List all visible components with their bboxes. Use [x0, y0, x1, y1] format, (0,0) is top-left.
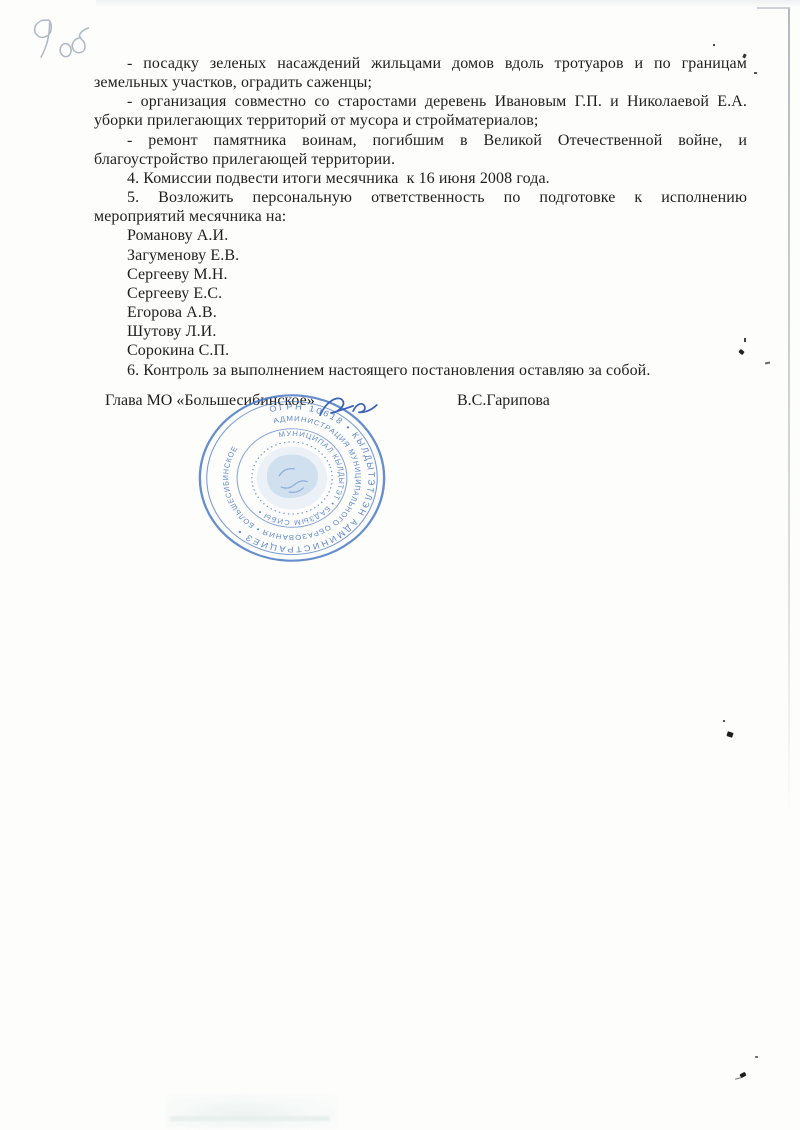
ink-speck [765, 362, 770, 365]
handwritten-signature [316, 388, 382, 428]
document-lines: - посадку зеленых насаждений жильцами до… [94, 54, 747, 380]
document-line: уборки прилегающих территорий от мусора … [94, 111, 747, 130]
ink-speck [726, 731, 733, 738]
scan-top-shadow [96, 0, 800, 7]
document-line: 5. Возложить персональную ответственност… [94, 188, 747, 207]
document-line: - ремонт памятника воинам, погибшим в Ве… [94, 131, 747, 150]
bottom-left-smudge-line [170, 1116, 330, 1121]
document-line: - организация совместно со старостами де… [94, 92, 747, 111]
scan-edge-line-vertical [788, 8, 790, 820]
handwritten-page-note [19, 4, 103, 72]
document-line: Егорова А.В. [94, 303, 747, 322]
ink-speck [755, 1056, 758, 1058]
bottom-left-smudge [166, 1094, 338, 1128]
signature-row: Глава МО «Большесибинское» В.С.Гарипова [0, 392, 800, 414]
document-line: благоустройство прилегающей территории. [94, 150, 747, 169]
document-line: 4. Комиссии подвести итоги месячника к 1… [94, 169, 747, 188]
ink-speck [713, 44, 715, 46]
ink-speck [735, 1077, 741, 1080]
ink-speck [723, 720, 725, 722]
document-line: Сергееву М.Н. [94, 265, 747, 284]
document-line: Шутову Л.И. [94, 322, 747, 341]
document-line: мероприятий месячника на: [94, 207, 747, 226]
document-line: - посадку зеленых насаждений жильцами до… [94, 54, 747, 73]
ink-speck [754, 72, 757, 74]
document-line: Загуменову Е.В. [94, 246, 747, 265]
document-line: Сорокина С.П. [94, 341, 747, 360]
document-body: - посадку зеленых насаждений жильцами до… [94, 54, 747, 380]
scan-edge-line-horizontal [757, 7, 790, 9]
document-line: земельных участков, оградить саженцы; [94, 73, 747, 92]
document-line: Романову А.И. [94, 226, 747, 245]
signer-name: В.С.Гарипова [457, 392, 550, 410]
document-line: Сергееву Е.С. [94, 284, 747, 303]
document-line: 6. Контроль за выполнением настоящего по… [94, 361, 747, 380]
